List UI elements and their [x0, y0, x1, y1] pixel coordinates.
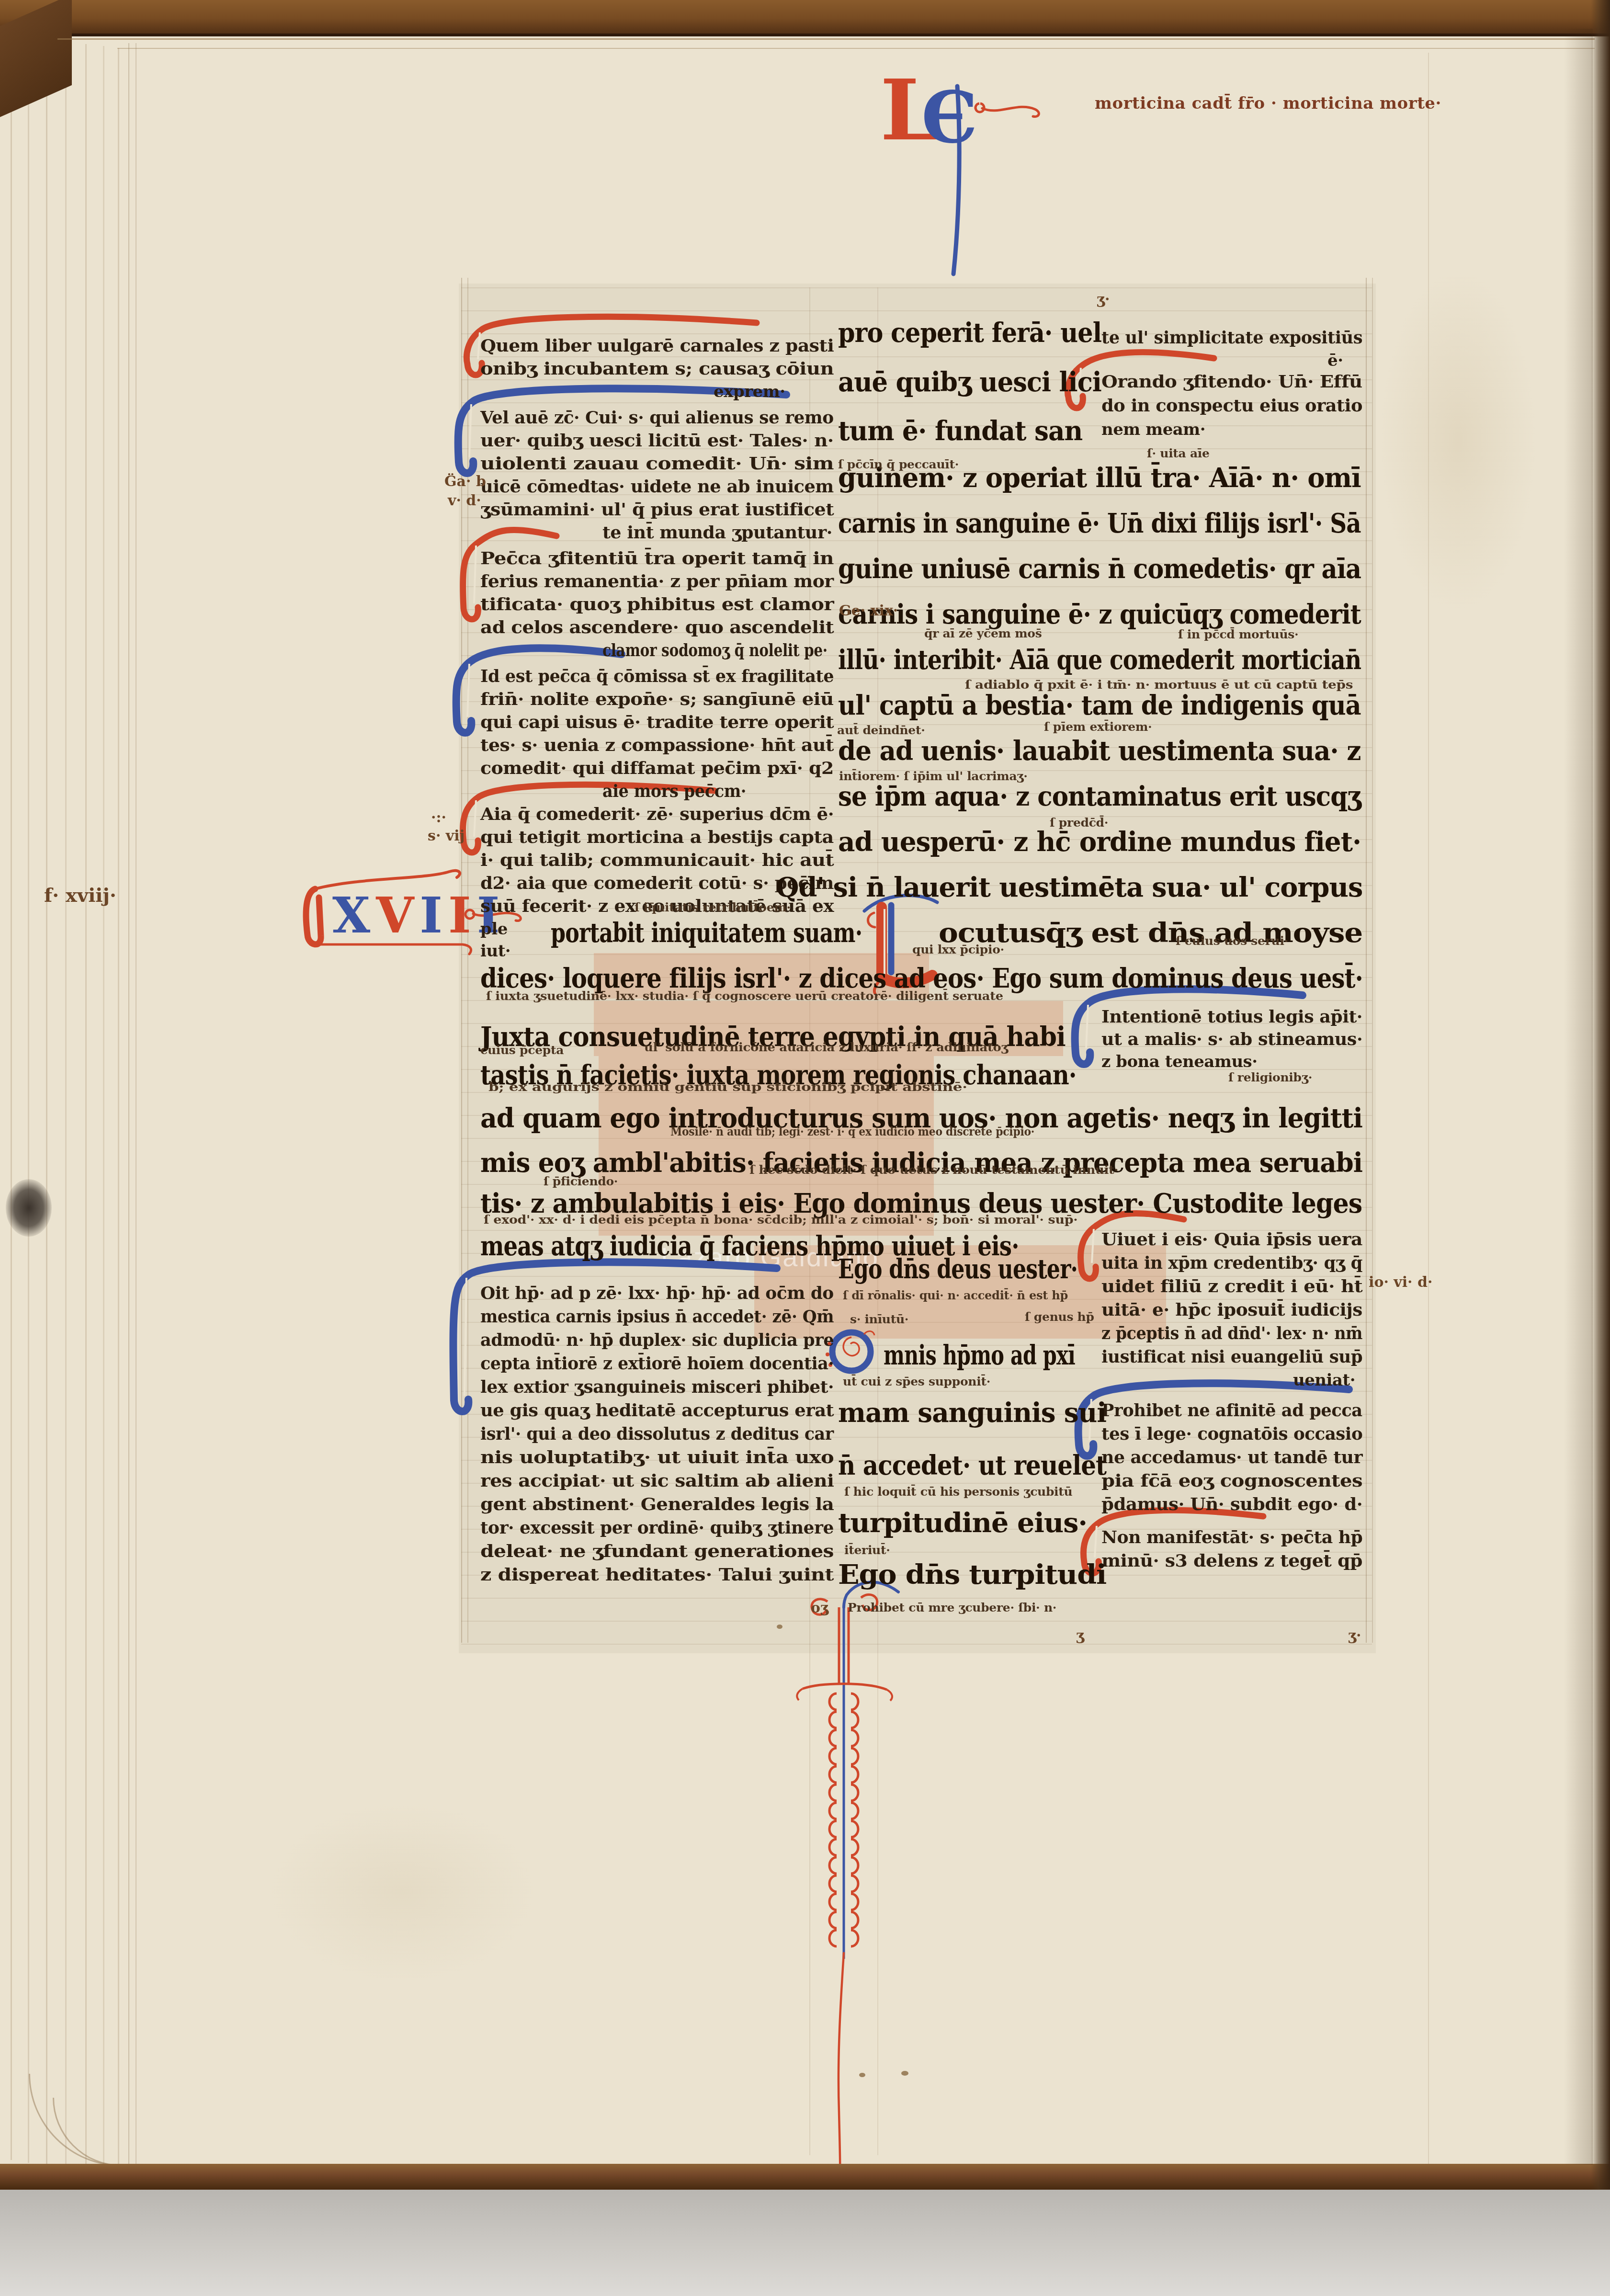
- chapter-number: XVIII: [332, 887, 505, 944]
- text-line: mam sanguinis sui: [838, 1398, 1106, 1429]
- text-line: comedit· qui diffamat pec̄im pxī· q2: [480, 758, 834, 778]
- text-line: Uiuet i eis· Quia ip̄sis uera: [1101, 1229, 1362, 1250]
- text-line: se ip̄m aqua· z contaminatus erit uscqʒ: [838, 781, 1361, 813]
- ruling-line: [1372, 278, 1373, 1643]
- text-line: mnis hp̄mo ad pxī: [884, 1340, 1075, 1372]
- edge-stain: [6, 1179, 52, 1237]
- page-edge-line: [118, 48, 119, 2166]
- text-line: Oit hp̄· ad p zē· lxx· hp̄· hp̄· ad oc̄m…: [480, 1283, 834, 1303]
- page-corner-curve: [53, 2098, 121, 2166]
- page-edge-line: [11, 34, 12, 2160]
- text-line: ad celos ascendere· quo ascendelit: [480, 617, 834, 637]
- text-line: isrl'· qui a deo dissolutus z deditus ca…: [480, 1424, 834, 1444]
- binding-top-edge: [0, 0, 1610, 36]
- text-line: tes· s· uenia z compassione· hn̄t aut̄: [480, 735, 834, 755]
- text-line: q̄r aī zē yc̄em mos̄: [924, 626, 1042, 640]
- chapter-numeral: X: [332, 887, 376, 944]
- text-line: iustificat nisi euangeliū sup̄: [1101, 1347, 1362, 1367]
- ruling-line: [136, 43, 136, 2165]
- chapter-numeral: I: [448, 887, 477, 944]
- text-line: oʒ: [811, 1600, 828, 1616]
- text-line: b; ex augurijs z omniū gentiū sup sticio…: [488, 1080, 967, 1094]
- text-line: uidet filiū z credit i eū· ht̄: [1101, 1276, 1362, 1296]
- text-line: ul' captū a bestia· tam de indigenis quā: [838, 690, 1361, 722]
- text-line: tificata· quoʒ phibitus est clamor: [480, 594, 834, 614]
- text-line: Pec̄ca ʒfitentiū t̄ra operit tamq̄ in: [480, 548, 834, 568]
- text-line: carnis in sanguine ē· Un̄ dixi filijs is…: [838, 508, 1361, 540]
- text-line: auē quibʒ uesci lici: [838, 367, 1101, 398]
- text-line: minū· s3 delens z teget̄ qp̄: [1101, 1551, 1362, 1571]
- text-line: ſ iuxta ʒsuetudinē· lxx· studia· ſ q̄ co…: [486, 989, 1003, 1003]
- page-edge-line: [85, 44, 87, 2166]
- page-top-edge: [57, 38, 1595, 40]
- text-line: ne accedamus· ut tandē tur: [1101, 1447, 1362, 1467]
- page-edge-line: [46, 39, 47, 2165]
- chapter-numeral: I: [420, 887, 448, 944]
- text-line: Quem liber uulgarē carnales z pasti: [480, 336, 834, 356]
- text-line: ſ p̄ficiendo·: [544, 1174, 618, 1188]
- text-line: ſ genus hp̄: [1025, 1310, 1094, 1324]
- text-line: portabit iniquitatem suam·: [551, 918, 862, 949]
- text-line: ſ pc̄cīn q̄ peccauīt·: [838, 457, 959, 471]
- ruling-line: [1428, 53, 1429, 2170]
- text-line: tes ī lege· cognatōis occasio: [1101, 1424, 1362, 1444]
- text-line: Vel auē zc̄· Cui· s· qui alienus se remo: [480, 408, 834, 428]
- text-line: nis uoluptatibʒ· ut uiuit int̄a uxo: [480, 1447, 834, 1467]
- text-line: turpitudinē eius·: [838, 1508, 1087, 1539]
- text-line: nem meam·: [1101, 420, 1205, 439]
- line-filler-ornament: [785, 1576, 910, 2203]
- text-line: lex extior ʒsanguineis misceri phibet·: [480, 1377, 834, 1397]
- text-line: aie mors pec̄cm·: [602, 781, 746, 801]
- text-line: qui lxx p̄cipio·: [912, 943, 1004, 956]
- text-line: ſ iq̄uitatis retribuit̄oem·: [635, 900, 791, 914]
- text-line: io· vi· d·: [1369, 1274, 1432, 1291]
- text-line: uicē cōmedtas· uidete ne ab inuicem: [480, 477, 834, 497]
- parchment-blotch: [1379, 268, 1537, 613]
- text-line: admodū· n· hp̄ duplex· sic duplicia pre: [480, 1330, 834, 1350]
- text-line: illū· interibit· Aīā que comederit morti…: [838, 645, 1361, 676]
- text-line: Ge· xix·: [839, 602, 898, 619]
- text-line: te ul' simplicitate expositiūs: [1101, 328, 1362, 348]
- page-edge-line: [103, 46, 104, 2166]
- text-line: p̄damus· Un̄· subdit ego· d·: [1101, 1494, 1362, 1514]
- parchment-blotch: [268, 1801, 536, 1983]
- page-edge-line: [65, 42, 67, 2166]
- text-line: qui tetigit morticina a bestijs capta: [480, 827, 834, 847]
- text-line: deleat· ne ʒfundant generationes: [480, 1541, 834, 1561]
- text-line: tum ē· fundat san: [838, 416, 1082, 447]
- text-line: uiolenti zauau comedit· Un̄· sim: [480, 454, 834, 474]
- text-line: ad uesperū· z hc̄ ordine mundus fiet·: [838, 827, 1361, 858]
- text-line: do in conspectu eius oratio: [1101, 396, 1362, 416]
- text-line: uita in xp̄m credentibʒ· qʒ q̄: [1101, 1253, 1362, 1273]
- text-line: int̄iorem· ſ ip̄im ul' lacrimaʒ·: [839, 769, 1028, 783]
- text-line: Prohibet cū mre ʒcubere· ſbi· n·: [848, 1601, 1056, 1614]
- page-edge-line: [28, 36, 29, 2163]
- text-line: ſ hic loquit̄ cū his personis ʒcubitū: [844, 1485, 1072, 1499]
- text-line: ue gis quaʒ heditatē accepturus erat: [480, 1400, 834, 1421]
- text-line: cuius p̄cepta: [480, 1043, 564, 1057]
- text-line: uer· quibʒ uesci licitū est· Tales· n·: [480, 431, 834, 451]
- text-line: uitā· e· hp̄c iposuit̄ iudicijs: [1101, 1300, 1362, 1320]
- text-line: ſ predc̄d̄·: [1050, 816, 1108, 830]
- text-line: ſ dī rōnalis· qui· n· accedit̄· n̄ est h…: [843, 1288, 1068, 1302]
- text-line: res accipiat· ut sic saltim ab alieni: [480, 1471, 834, 1491]
- text-line: qui capi uisus ē· tradite terre operit: [480, 712, 834, 732]
- text-line: ſ religionibʒ·: [1228, 1070, 1312, 1084]
- text-line: iut·: [480, 942, 510, 961]
- text-line: Ego dn̄s turpitudi: [838, 1559, 1106, 1591]
- text-line: G̈a· b: [444, 473, 486, 490]
- text-line: te int̄ munda ʒputantur·: [602, 523, 832, 543]
- text-line: guine uniusē carnis n̄ comedetis· qr aīa: [838, 554, 1361, 585]
- folio-note: f· xviij·: [44, 884, 116, 907]
- text-line: ueniat·: [1293, 1371, 1355, 1390]
- ruling-line: [128, 43, 129, 2165]
- ruling-line: [1366, 278, 1367, 1643]
- text-line: z p̄ceptis n̄ ad dn̄d'· lex· n· nm̄: [1101, 1323, 1362, 1343]
- text-line: tor· excessit per ordinē· quibʒ ʒtinere: [480, 1518, 834, 1538]
- table-surface: [0, 2190, 1610, 2296]
- gutter-shadow: [1564, 29, 1593, 2165]
- text-line: Non manifestāt· s· pec̄ta hp̄: [1101, 1527, 1362, 1547]
- text-line: pia fc̄ā eoʒ cognoscentes: [1101, 1471, 1362, 1491]
- text-line: ſ adiablo q̄ pxit ē· i tm̄· n· mortuus ē…: [965, 678, 1353, 692]
- text-line: mestica carnis ipsius n̄ accedet· zē· Qm…: [480, 1307, 834, 1327]
- text-line: ſ pīem ext̄iorem·: [1044, 720, 1152, 734]
- text-line: i· qui talib; communicauit· hic aut̄: [480, 850, 834, 870]
- ink-speck: [777, 1625, 782, 1629]
- text-line: Mosilē· n̄ audi tib; legi· zest· i· q̄ e…: [670, 1125, 1034, 1138]
- text-line: z bona teneamus·: [1101, 1052, 1258, 1071]
- text-line: ſ exod'· xx· d· i dedi eis pc̄epta n̄ bo…: [484, 1213, 1077, 1227]
- text-line: ut̄ cui z sp̄es supponit̄·: [843, 1375, 990, 1388]
- text-line: ʒ·: [1097, 291, 1110, 308]
- text-line: onibʒ incubantem s; causaʒ cōiun: [480, 359, 834, 379]
- text-line: gent abstinent· Generaldes legis la: [480, 1494, 834, 1514]
- text-line: Intentionē totius legis ap̄it·: [1101, 1007, 1362, 1027]
- text-line: ferius remanentia· z per pn̄iam mor: [480, 571, 834, 591]
- text-line: ul' solū a fornicōne auaricia z luxuria·…: [644, 1040, 1008, 1054]
- text-line: carnis i sanguine ē· z quicūqʒ comederit: [838, 599, 1361, 631]
- text-line: pro ceperit ferā· uel: [838, 318, 1101, 349]
- text-line: Orando ʒfitendo· Un̄· Effū: [1101, 372, 1362, 392]
- page-top-edge: [117, 48, 1595, 49]
- text-line: ʒ·: [1348, 1627, 1361, 1644]
- right-page-edge: [1591, 0, 1610, 2190]
- text-line: clamor sodomoʒ q̄ nolelit pe·: [602, 640, 828, 660]
- chapter-numeral: V: [376, 887, 420, 944]
- text-line: ·:·: [431, 809, 446, 826]
- manuscript-photo: L Є morticina cadt̄ fr̄o · morticina mor…: [0, 0, 1610, 2296]
- text-line: ſ hec sc̄do dicit· ſ quo uetus z nouū te…: [749, 1163, 1118, 1177]
- text-line: Prohibet ne afinitē ad pecca: [1101, 1400, 1362, 1421]
- text-line: exprem·: [714, 382, 785, 401]
- text-line: Aia q̄ comederit· zē· superius dc̄m ē·: [480, 804, 834, 824]
- text-line: ʒ: [1076, 1627, 1084, 1644]
- text-line: ē·: [1327, 351, 1343, 370]
- text-line: ſ cuius uos serui·: [1176, 934, 1288, 948]
- text-line: Qd' si n̄ lauerit uestimēta sua· ul' cor…: [776, 872, 1362, 904]
- text-line: ut a malis· s· ab stineamus·: [1101, 1029, 1362, 1049]
- text-line: frin̄· nolite expon̄e· s; sangīunē eiū: [480, 689, 834, 709]
- text-line: s· vij: [428, 828, 465, 844]
- text-line: ple: [480, 920, 508, 939]
- text-line: v· d·: [448, 492, 481, 509]
- text-line: s· inīutū·: [850, 1312, 908, 1326]
- header-annotation: morticina cadt̄ fr̄o · morticina morte·: [1095, 94, 1441, 113]
- text-line: ſ in pc̄cd̄ mortuūs·: [1178, 627, 1299, 641]
- text-line: z dispereat heditates· Talui ʒuint: [480, 1565, 834, 1585]
- text-line: ſ· uita aīe: [1147, 446, 1210, 460]
- text-line: Id est pec̄ca q̄ cōmissa st̄ ex fragilit…: [480, 666, 834, 686]
- text-line: it̄eriut̄·: [844, 1543, 890, 1557]
- text-line: de ad uenis· lauabit uestimenta sua· z: [838, 736, 1361, 767]
- text-line: cepta int̄iorē z ext̄iorē hoīem docentia…: [480, 1353, 834, 1374]
- text-line: ʒsūmamini· ul' q̄ pius erat iustificet: [480, 500, 834, 520]
- text-line: Ego dn̄s deus uester·: [838, 1254, 1077, 1285]
- text-line: n̄ accedet· ut reuelet: [838, 1450, 1106, 1482]
- header-flourish-icon: [951, 67, 1075, 287]
- text-line: aut̄ deindn̄et·: [837, 723, 925, 737]
- binding-bottom-edge: [0, 2164, 1610, 2190]
